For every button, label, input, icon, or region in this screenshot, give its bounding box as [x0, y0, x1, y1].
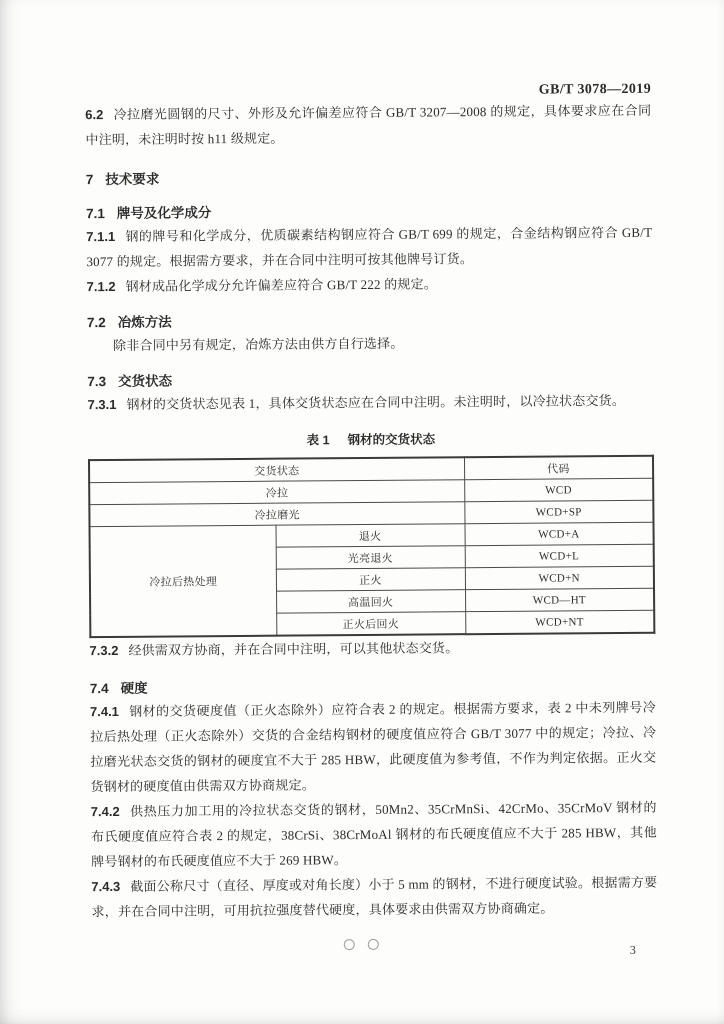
clause-text: 截面公称尺寸（直径、厚度或对角长度）小于 5 mm 的钢材，不进行硬度试验。根据… — [91, 875, 657, 919]
clause-number: 7.1.2 — [87, 279, 116, 294]
clause-number: 7.4.2 — [91, 804, 120, 819]
cell-code: WCD+L — [465, 544, 654, 567]
cell-code: WCD+NT — [465, 610, 654, 634]
clause-text: 供热压力加工用的冷拉状态交货的钢材，50Mn2、35CrMnSi、42CrMo、… — [91, 800, 657, 869]
cell-state: 退火 — [276, 524, 465, 547]
clause-number: 7.4.1 — [90, 704, 119, 719]
cell-code: WCD+A — [465, 522, 654, 545]
punch-hole-icon — [368, 939, 379, 950]
cell-state: 光亮退火 — [276, 546, 465, 569]
section-number: 7.4 — [90, 681, 109, 696]
section-number: 7 — [86, 172, 94, 187]
clause-7-4-1: 7.4.1钢材的交货硬度值（正火态除外）应符合表 2 的规定。根据需方要求，表 … — [90, 695, 657, 799]
cell-code: WCD+N — [465, 566, 654, 589]
section-number: 7.2 — [87, 315, 106, 330]
section-heading-7: 7技术要求 — [86, 166, 652, 190]
section-number: 7.1 — [86, 206, 105, 221]
clause-number: 7.4.3 — [91, 879, 120, 894]
section-title: 硬度 — [121, 681, 148, 696]
clause-number: 7.3.1 — [87, 397, 116, 412]
cell-group-label: 冷拉后热处理 — [90, 525, 277, 637]
paragraph-text: 除非合同中另有规定，冶炼方法由供方自行选择。 — [113, 336, 404, 353]
cell-code: WCD—HT — [465, 588, 654, 611]
clause-text: 钢材的交货状态见表 1，具体交货状态应在合同中注明。未注明时，以冷拉状态交货。 — [126, 393, 625, 412]
page-body: GB/T 3078—2019 6.2冷拉磨光圆钢的尺寸、外形及允许偏差应符合 G… — [85, 82, 658, 924]
cell-state: 高温回火 — [276, 590, 465, 613]
section-title: 交货状态 — [118, 373, 172, 388]
clause-6-2: 6.2冷拉磨光圆钢的尺寸、外形及允许偏差应符合 GB/T 3207—2008 的… — [85, 98, 651, 152]
table-caption-label: 表 1 — [307, 433, 330, 447]
cell-code: WCD — [464, 478, 653, 501]
table-1-delivery-states: 交货状态 代码 冷拉 WCD 冷拉磨光 WCD+SP 冷拉后热处理 退火 W — [88, 455, 655, 638]
table-caption-title: 钢材的交货状态 — [347, 432, 435, 447]
clause-7-1-2: 7.1.2钢材成品化学成分允许偏差应符合 GB/T 222 的规定。 — [87, 270, 653, 299]
clause-7-1-1: 7.1.1钢的牌号和化学成分，优质碳素结构钢应符合 GB/T 699 的规定，合… — [86, 220, 652, 274]
paragraph-7-2: 除非合同中另有规定，冶炼方法由供方自行选择。 — [87, 329, 653, 358]
clause-7-3-1: 7.3.1钢材的交货状态见表 1，具体交货状态应在合同中注明。未注明时，以冷拉状… — [87, 388, 653, 417]
section-number: 7.3 — [87, 374, 106, 389]
cell-state: 正火后回火 — [276, 612, 465, 636]
clause-text: 冷拉磨光圆钢的尺寸、外形及允许偏差应符合 GB/T 3207—2008 的规定，… — [85, 103, 651, 147]
punch-hole-icon — [344, 939, 355, 950]
page-number: 3 — [630, 943, 636, 958]
section-title: 技术要求 — [105, 172, 159, 187]
scanned-document-page: GB/T 3078—2019 6.2冷拉磨光圆钢的尺寸、外形及允许偏差应符合 G… — [0, 0, 724, 1024]
cell-state: 冷拉 — [89, 480, 464, 505]
clause-number: 7.3.2 — [89, 643, 118, 658]
cell-state: 正火 — [276, 568, 465, 591]
clause-number: 7.1.1 — [86, 229, 115, 244]
clause-text: 钢材成品化学成分允许偏差应符合 GB/T 222 的规定。 — [125, 276, 437, 293]
clause-text: 钢材的交货硬度值（正火态除外）应符合表 2 的规定。根据需方要求，表 2 中未列… — [90, 700, 656, 794]
cell-code: WCD+SP — [464, 500, 653, 523]
cell-state: 冷拉磨光 — [89, 502, 464, 527]
col-header-state: 交货状态 — [89, 457, 464, 482]
section-title: 冶炼方法 — [118, 314, 172, 329]
clause-7-3-2: 7.3.2经供需双方协商，并在合同中注明，可以其他状态交货。 — [89, 634, 655, 663]
scan-content: GB/T 3078—2019 6.2冷拉磨光圆钢的尺寸、外形及允许偏差应符合 G… — [0, 0, 724, 1024]
section-title: 牌号及化学成分 — [117, 205, 212, 221]
col-header-code: 代码 — [464, 456, 653, 480]
punch-hole-marks — [344, 939, 379, 950]
clause-number: 6.2 — [85, 107, 103, 122]
table-1-caption: 表 1钢材的交货状态 — [88, 429, 654, 451]
clause-text: 经供需双方协商，并在合同中注明，可以其他状态交货。 — [128, 640, 458, 658]
clause-text: 钢的牌号和化学成分，优质碳素结构钢应符合 GB/T 699 的规定，合金结构钢应… — [86, 225, 652, 269]
clause-7-4-3: 7.4.3截面公称尺寸（直径、厚度或对角长度）小于 5 mm 的钢材，不进行硬度… — [91, 870, 657, 924]
clause-7-4-2: 7.4.2供热压力加工用的冷拉状态交货的钢材，50Mn2、35CrMnSi、42… — [91, 795, 658, 874]
